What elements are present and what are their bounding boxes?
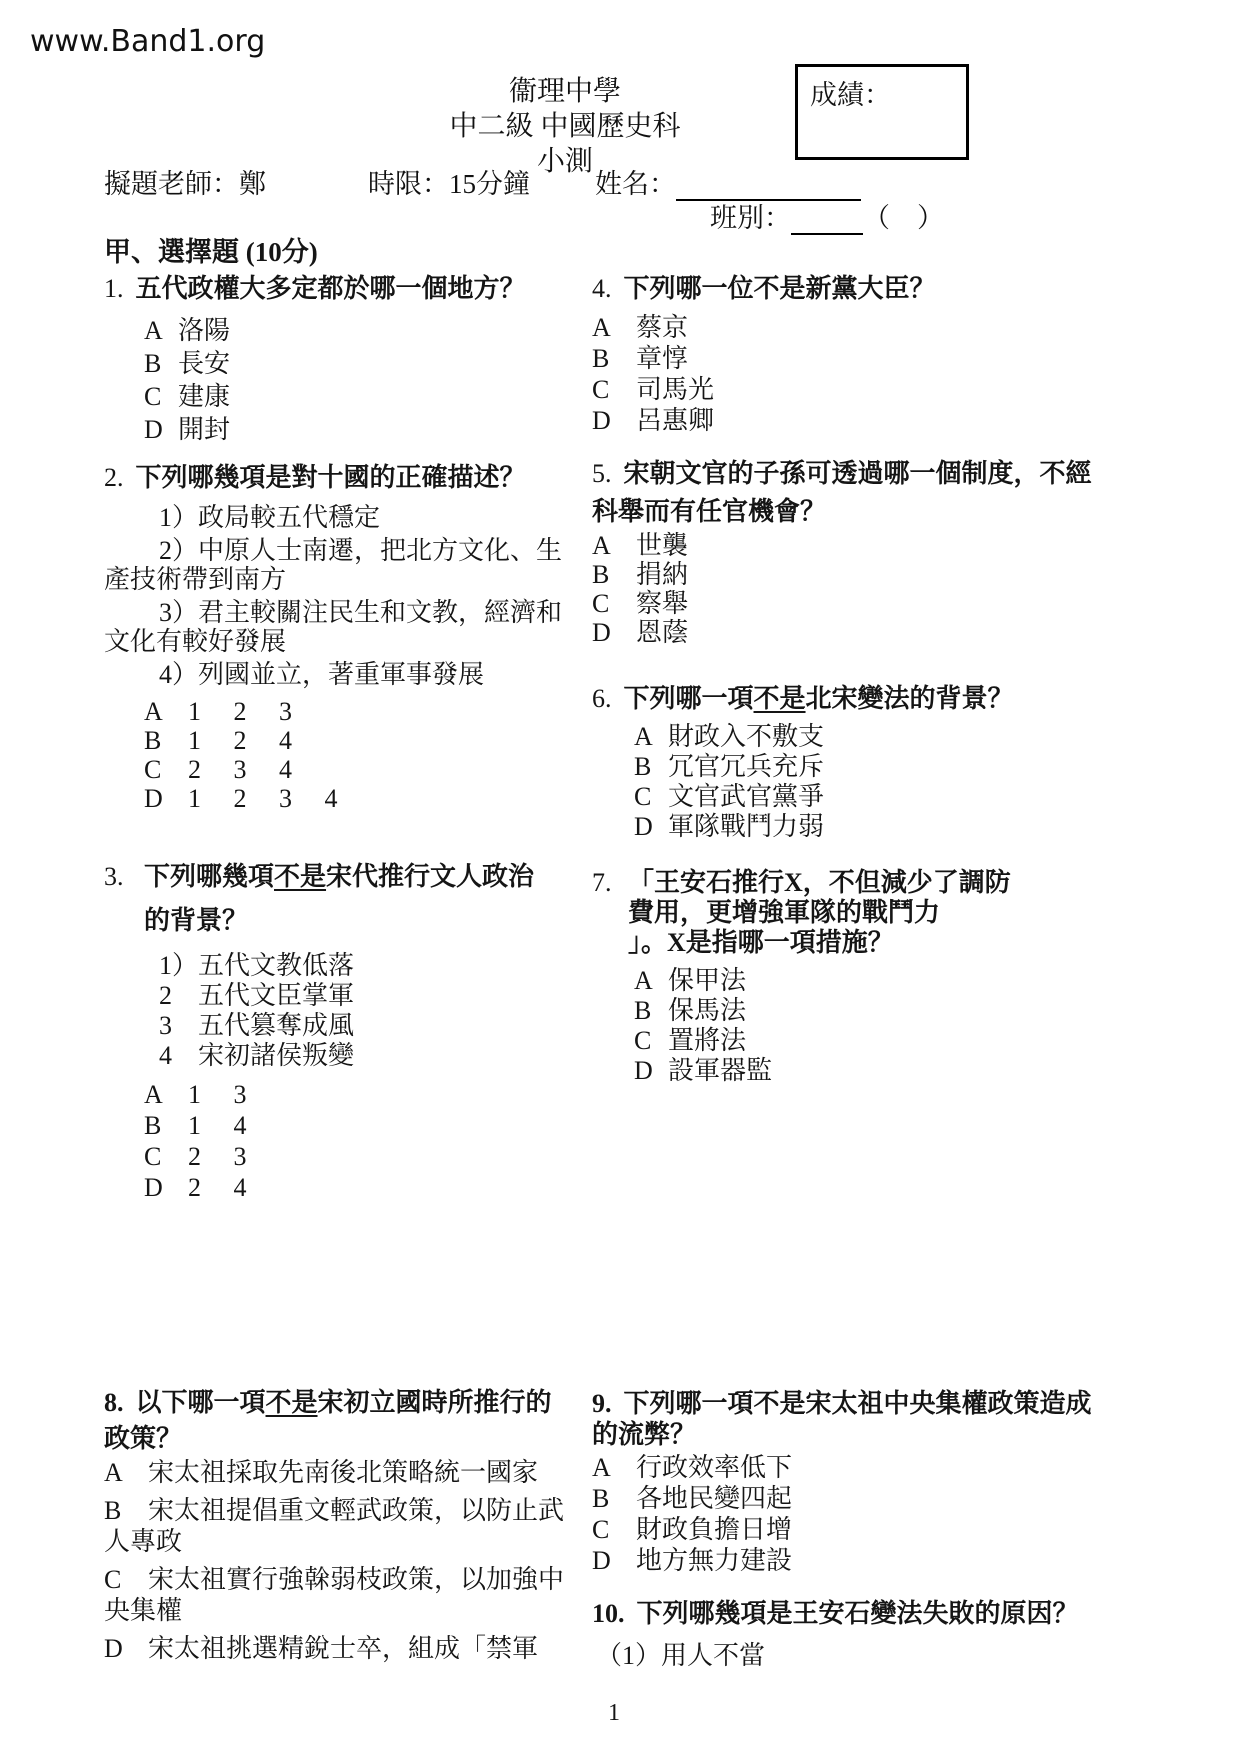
option-row: C2 3 bbox=[144, 1141, 574, 1172]
option-letter: D bbox=[104, 1633, 148, 1664]
question-number: 8. bbox=[104, 1388, 124, 1417]
option-row: D1 2 3 4 bbox=[144, 784, 584, 813]
option-letter: A bbox=[144, 697, 188, 726]
statement-items: 1）五代文教低落 2 五代文臣掌軍 3 五代篡奪成風 4 宋初諸侯叛變 bbox=[104, 951, 574, 1071]
option-letter: B bbox=[104, 1495, 148, 1526]
option-text: 財政負擔日增 bbox=[636, 1515, 792, 1544]
question-heading: 5.宋朝文官的子孫可透過哪一個制度，不經科舉而有任官機會？ bbox=[592, 455, 1102, 531]
option-letter: B bbox=[144, 347, 178, 380]
option-text: 宋太祖挑選精銳士卒，組成「禁軍 bbox=[148, 1634, 538, 1663]
option-text: 1 3 bbox=[188, 1080, 247, 1109]
question-1: 1.五代政權大多定都於哪一個地方？ A洛陽 B長安 C建康 D開封 bbox=[104, 272, 564, 446]
statement-item: 4 宋初諸侯叛變 bbox=[159, 1041, 574, 1071]
option-row: C宋太祖實行強榦弱枝政策，以加強中央集權 bbox=[104, 1564, 574, 1626]
option-letter: B bbox=[144, 1110, 188, 1141]
option-letter: D bbox=[144, 1172, 188, 1203]
option-row: D呂惠卿 bbox=[592, 405, 1032, 436]
class-blank bbox=[791, 208, 863, 235]
option-row: C文官武官黨爭 bbox=[634, 782, 1042, 812]
options-list: A宋太祖採取先南後北策略統一國家 B宋太祖提倡重文輕武政策，以防止武人專政 C宋… bbox=[104, 1457, 574, 1664]
option-letter: A bbox=[144, 314, 178, 347]
options-list: A1 3 B1 4 C2 3 D2 4 bbox=[144, 1079, 574, 1203]
option-row: A世襲 bbox=[592, 531, 1102, 560]
question-text: 五代政權大多定都於哪一個地方？ bbox=[136, 274, 526, 303]
option-row: C察舉 bbox=[592, 589, 1102, 618]
question-number: 5. bbox=[592, 459, 612, 488]
question-5: 5.宋朝文官的子孫可透過哪一個制度，不經科舉而有任官機會？ A世襲 B捐納 C察… bbox=[592, 455, 1102, 647]
option-row: A宋太祖採取先南後北策略統一國家 bbox=[104, 1457, 574, 1488]
option-letter: C bbox=[592, 374, 636, 405]
question-number: 7. bbox=[592, 868, 628, 958]
option-letter: A bbox=[592, 312, 636, 343]
option-letter: A bbox=[634, 722, 668, 752]
question-text-pre: 以下哪一項 bbox=[136, 1388, 266, 1417]
option-text: 司馬光 bbox=[636, 375, 714, 404]
option-row: B章惇 bbox=[592, 343, 1032, 374]
option-letter: B bbox=[592, 1483, 636, 1514]
option-row: B1 4 bbox=[144, 1110, 574, 1141]
option-letter: A bbox=[592, 1452, 636, 1483]
options-list: A行政效率低下 B各地民變四起 C財政負擔日增 D地方無力建設 bbox=[592, 1452, 1102, 1576]
option-text: 2 4 bbox=[188, 1173, 247, 1202]
option-letter: D bbox=[144, 784, 188, 813]
statement-item: 4）列國並立，著重軍事發展 bbox=[104, 660, 584, 689]
option-row: A1 2 3 bbox=[144, 697, 584, 726]
statement-item: 3 五代篡奪成風 bbox=[159, 1011, 574, 1041]
question-4: 4.下列哪一位不是新黨大臣？ A蔡京 B章惇 C司馬光 D呂惠卿 bbox=[592, 272, 1032, 436]
question-number: 3. bbox=[104, 855, 144, 943]
name-field-label: 姓名： bbox=[595, 169, 676, 199]
option-row: C財政負擔日增 bbox=[592, 1514, 1102, 1545]
statement-item: 1）政局較五代穩定 bbox=[104, 503, 584, 532]
option-text: 呂惠卿 bbox=[636, 406, 714, 435]
options-list: A1 2 3 B1 2 4 C2 3 4 D1 2 3 4 bbox=[144, 697, 584, 813]
question-text: 宋朝文官的子孫可透過哪一個制度，不經科舉而有任官機會？ bbox=[592, 459, 1092, 526]
class-field-label: 班別： bbox=[710, 203, 791, 233]
option-row: B長安 bbox=[144, 347, 564, 380]
option-letter: A bbox=[104, 1457, 148, 1488]
option-letter: D bbox=[592, 618, 636, 647]
watermark: www.Band1.org bbox=[30, 24, 265, 59]
question-7: 7. 「王安石推行X，不但減少了調防 費用，更增強軍隊的戰鬥力 」。X是指哪一項… bbox=[592, 868, 1052, 1086]
option-letter: C bbox=[144, 755, 188, 784]
question-heading: 4.下列哪一位不是新黨大臣？ bbox=[592, 272, 1032, 306]
option-text: 1 2 4 bbox=[188, 726, 292, 755]
option-text: 2 3 4 bbox=[188, 755, 292, 784]
question-9: 9.下列哪一項不是宋太祖中央集權政策造成的流弊？ A行政效率低下 B各地民變四起… bbox=[592, 1388, 1102, 1576]
quote-line: 「王安石推行X，不但減少了調防 bbox=[628, 868, 1038, 898]
option-text: 各地民變四起 bbox=[636, 1484, 792, 1513]
option-text: 冗官冗兵充斥 bbox=[668, 752, 824, 781]
option-row: B保馬法 bbox=[634, 996, 1052, 1026]
score-box: 成績： bbox=[795, 64, 969, 160]
question-6: 6.下列哪一項不是北宋變法的背景？ A財政入不敷支 B冗官冗兵充斥 C文官武官黨… bbox=[592, 682, 1042, 842]
option-letter: B bbox=[592, 343, 636, 374]
option-text: 軍隊戰鬥力弱 bbox=[668, 812, 824, 841]
option-row: A行政效率低下 bbox=[592, 1452, 1102, 1483]
option-row: C司馬光 bbox=[592, 374, 1032, 405]
option-row: C2 3 4 bbox=[144, 755, 584, 784]
option-letter: A bbox=[144, 1079, 188, 1110]
option-text: 洛陽 bbox=[178, 316, 230, 345]
question-text-post: 北宋變法的背景？ bbox=[806, 684, 1014, 713]
option-text: 1 2 3 bbox=[188, 697, 292, 726]
statement-item: 1）五代文教低落 bbox=[159, 951, 574, 981]
option-text: 1 4 bbox=[188, 1111, 247, 1140]
question-heading: 2.下列哪幾項是對十國的正確描述？ bbox=[104, 461, 584, 495]
option-text: 行政效率低下 bbox=[636, 1453, 792, 1482]
option-text: 建康 bbox=[178, 382, 230, 411]
option-row: C建康 bbox=[144, 380, 564, 413]
option-text: 保甲法 bbox=[668, 966, 746, 995]
option-letter: A bbox=[592, 531, 636, 560]
underlined-text: 不是 bbox=[266, 1388, 318, 1417]
option-letter: B bbox=[634, 752, 668, 782]
question-3: 3. 下列哪幾項不是宋代推行文人政治的背景？ 1）五代文教低落 2 五代文臣掌軍… bbox=[104, 855, 574, 1203]
option-letter: D bbox=[592, 1545, 636, 1576]
option-row: D宋太祖挑選精銳士卒，組成「禁軍 bbox=[104, 1633, 574, 1664]
option-letter: D bbox=[634, 1056, 668, 1086]
option-letter: D bbox=[592, 405, 636, 436]
underlined-text: 不是 bbox=[754, 684, 806, 713]
question-heading: 6.下列哪一項不是北宋變法的背景？ bbox=[592, 682, 1042, 716]
statement-item: 2）中原人士南遷，把北方文化、生產技術帶到南方 bbox=[104, 536, 584, 594]
class-paren: （ ） bbox=[863, 203, 944, 233]
options-list: A保甲法 B保馬法 C置將法 D設軍器監 bbox=[634, 966, 1052, 1086]
underlined-text: 不是 bbox=[274, 862, 326, 891]
class-field: 班別：（ ） bbox=[710, 196, 944, 235]
option-row: A1 3 bbox=[144, 1079, 574, 1110]
question-text: 下列哪一項不是北宋變法的背景？ bbox=[624, 684, 1014, 713]
option-row: B宋太祖提倡重文輕武政策，以防止武人專政 bbox=[104, 1495, 574, 1557]
question-text: 下列哪幾項是王安石變法失敗的原因？ bbox=[637, 1599, 1079, 1628]
question-text: 下列哪一位不是新黨大臣？ bbox=[624, 274, 936, 303]
question-heading: 8.以下哪一項不是宋初立國時所推行的政策？ bbox=[104, 1385, 574, 1457]
option-text: 宋太祖實行強榦弱枝政策，以加強中央集權 bbox=[104, 1565, 564, 1625]
teacher-info: 擬題老師：鄭 bbox=[104, 162, 266, 201]
statement-item: （1）用人不當 bbox=[596, 1639, 1092, 1673]
option-row: D恩蔭 bbox=[592, 618, 1102, 647]
option-text: 恩蔭 bbox=[636, 618, 688, 647]
option-row: D開封 bbox=[144, 413, 564, 446]
option-text: 財政入不敷支 bbox=[668, 722, 824, 751]
statement-item: 3）君主較關注民生和文教，經濟和文化有較好發展 bbox=[104, 598, 584, 656]
question-text: 下列哪一項不是宋太祖中央集權政策造成的流弊？ bbox=[592, 1389, 1092, 1449]
option-letter: B bbox=[592, 560, 636, 589]
option-text: 世襲 bbox=[636, 531, 688, 560]
section-title: 甲、選擇題 (10分) bbox=[104, 230, 318, 269]
page-number: 1 bbox=[608, 1700, 620, 1727]
question-number: 6. bbox=[592, 684, 612, 713]
option-text: 保馬法 bbox=[668, 996, 746, 1025]
option-letter: A bbox=[634, 966, 668, 996]
statement-items: （1）用人不當 bbox=[592, 1639, 1092, 1673]
option-text: 宋太祖提倡重文輕武政策，以防止武人專政 bbox=[104, 1496, 564, 1556]
question-heading: 10.下列哪幾項是王安石變法失敗的原因？ bbox=[592, 1597, 1092, 1631]
question-heading: 9.下列哪一項不是宋太祖中央集權政策造成的流弊？ bbox=[592, 1388, 1102, 1450]
option-text: 長安 bbox=[178, 349, 230, 378]
option-letter: C bbox=[592, 589, 636, 618]
option-letter: C bbox=[104, 1564, 148, 1595]
question-heading: 1.五代政權大多定都於哪一個地方？ bbox=[104, 272, 564, 306]
question-2: 2.下列哪幾項是對十國的正確描述？ 1）政局較五代穩定 2）中原人士南遷，把北方… bbox=[104, 461, 584, 813]
option-text: 地方無力建設 bbox=[636, 1546, 792, 1575]
question-number: 2. bbox=[104, 463, 124, 492]
option-text: 文官武官黨爭 bbox=[668, 782, 824, 811]
option-text: 宋太祖採取先南後北策略統一國家 bbox=[148, 1458, 538, 1487]
option-row: D地方無力建設 bbox=[592, 1545, 1102, 1576]
time-limit-info: 時限：15分鐘 bbox=[368, 162, 530, 201]
question-number: 10. bbox=[592, 1599, 625, 1628]
options-list: A洛陽 B長安 C建康 D開封 bbox=[144, 314, 564, 446]
question-text: 「王安石推行X，不但減少了調防 費用，更增強軍隊的戰鬥力 」。X是指哪一項措施？ bbox=[628, 868, 1038, 958]
question-number: 4. bbox=[592, 274, 612, 303]
option-letter: B bbox=[634, 996, 668, 1026]
option-text: 捐納 bbox=[636, 560, 688, 589]
option-row: D2 4 bbox=[144, 1172, 574, 1203]
option-row: C置將法 bbox=[634, 1026, 1052, 1056]
question-text-pre: 下列哪幾項 bbox=[144, 862, 274, 891]
option-letter: C bbox=[144, 1141, 188, 1172]
option-text: 置將法 bbox=[668, 1026, 746, 1055]
option-row: A洛陽 bbox=[144, 314, 564, 347]
question-text-pre: 下列哪一項 bbox=[624, 684, 754, 713]
option-letter: D bbox=[634, 812, 668, 842]
score-label: 成績： bbox=[810, 80, 891, 110]
option-letter: C bbox=[592, 1514, 636, 1545]
option-letter: B bbox=[144, 726, 188, 755]
option-row: A蔡京 bbox=[592, 312, 1032, 343]
options-list: A財政入不敷支 B冗官冗兵充斥 C文官武官黨爭 D軍隊戰鬥力弱 bbox=[634, 722, 1042, 842]
question-heading: 3. 下列哪幾項不是宋代推行文人政治的背景？ bbox=[104, 855, 574, 943]
option-letter: C bbox=[634, 782, 668, 812]
question-number: 9. bbox=[592, 1389, 612, 1418]
option-text: 開封 bbox=[178, 415, 230, 444]
question-heading: 7. 「王安石推行X，不但減少了調防 費用，更增強軍隊的戰鬥力 」。X是指哪一項… bbox=[592, 868, 1052, 958]
option-text: 1 2 3 4 bbox=[188, 784, 338, 813]
quote-line: 費用，更增強軍隊的戰鬥力 bbox=[628, 898, 1038, 928]
question-text: 以下哪一項不是宋初立國時所推行的政策？ bbox=[104, 1388, 552, 1453]
question-text: 下列哪幾項是對十國的正確描述？ bbox=[136, 463, 526, 492]
option-letter: C bbox=[634, 1026, 668, 1056]
option-row: D設軍器監 bbox=[634, 1056, 1052, 1086]
option-text: 2 3 bbox=[188, 1142, 247, 1171]
options-list: A蔡京 B章惇 C司馬光 D呂惠卿 bbox=[592, 312, 1032, 436]
option-text: 察舉 bbox=[636, 589, 688, 618]
option-row: D軍隊戰鬥力弱 bbox=[634, 812, 1042, 842]
option-text: 章惇 bbox=[636, 344, 688, 373]
option-row: B冗官冗兵充斥 bbox=[634, 752, 1042, 782]
question-10: 10.下列哪幾項是王安石變法失敗的原因？ （1）用人不當 bbox=[592, 1597, 1092, 1673]
option-text: 設軍器監 bbox=[668, 1056, 772, 1085]
option-row: B捐納 bbox=[592, 560, 1102, 589]
option-text: 蔡京 bbox=[636, 313, 688, 342]
options-list: A世襲 B捐納 C察舉 D恩蔭 bbox=[592, 531, 1102, 647]
question-8: 8.以下哪一項不是宋初立國時所推行的政策？ A宋太祖採取先南後北策略統一國家 B… bbox=[104, 1385, 574, 1671]
option-letter: D bbox=[144, 413, 178, 446]
exam-paper-page: www.Band1.org 衞理中學 中二級 中國歷史科 小測 成績： 擬題老師… bbox=[0, 0, 1240, 1754]
question-text: 下列哪幾項不是宋代推行文人政治的背景？ bbox=[144, 855, 544, 943]
option-row: A財政入不敷支 bbox=[634, 722, 1042, 752]
quote-line: 」。X是指哪一項措施？ bbox=[628, 928, 1038, 958]
option-letter: C bbox=[144, 380, 178, 413]
option-row: A保甲法 bbox=[634, 966, 1052, 996]
statement-item: 2 五代文臣掌軍 bbox=[159, 981, 574, 1011]
option-row: B各地民變四起 bbox=[592, 1483, 1102, 1514]
statement-items: 1）政局較五代穩定 2）中原人士南遷，把北方文化、生產技術帶到南方 3）君主較關… bbox=[104, 503, 584, 689]
option-row: B1 2 4 bbox=[144, 726, 584, 755]
question-number: 1. bbox=[104, 274, 124, 303]
